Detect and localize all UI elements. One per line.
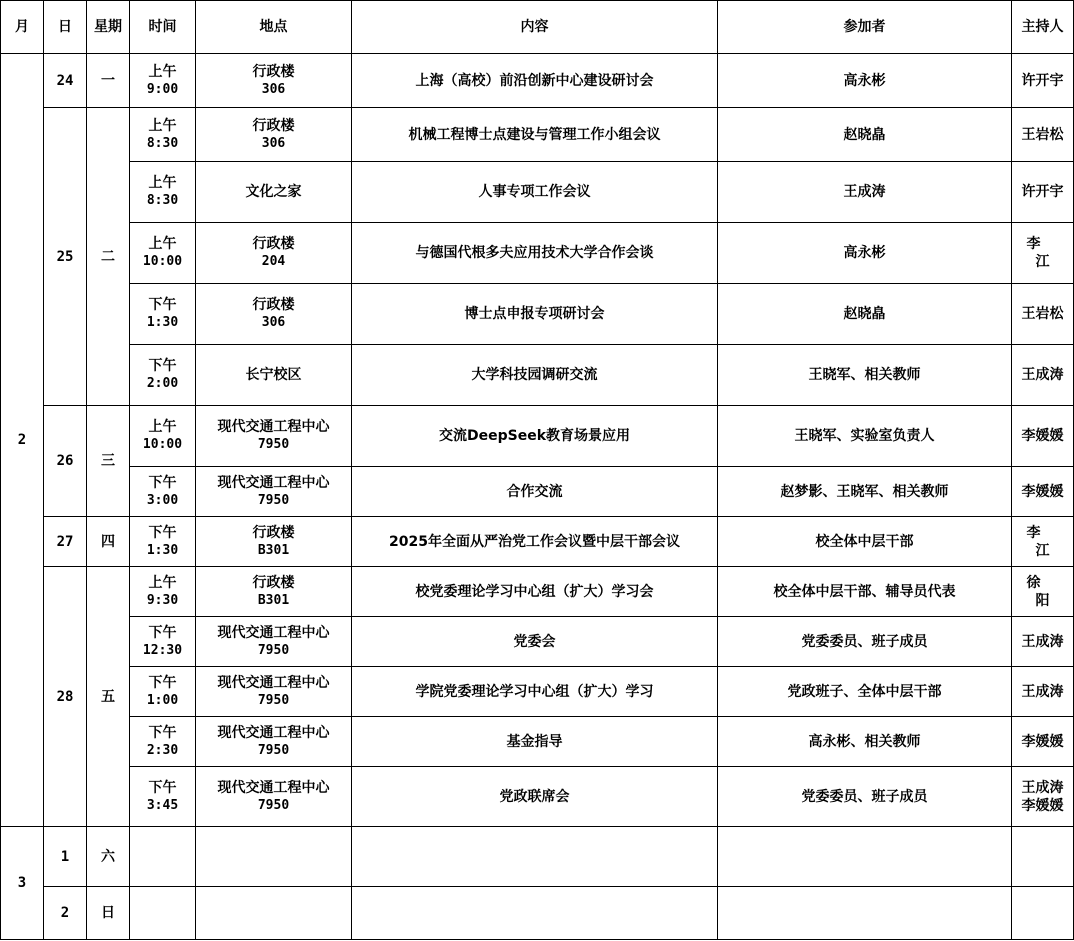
content-cell: 上海（高校）前沿创新中心建设研讨会 bbox=[352, 54, 718, 108]
host-cell: 王岩松 bbox=[1012, 108, 1074, 162]
host-cell: 王成涛 bbox=[1012, 667, 1074, 717]
time-cell: 上午10:00 bbox=[130, 223, 196, 284]
month-cell: 3 bbox=[1, 827, 44, 940]
place-cell: 行政楼B301 bbox=[196, 517, 352, 567]
content-cell bbox=[352, 827, 718, 887]
place-cell: 长宁校区 bbox=[196, 345, 352, 406]
time-cell: 下午12:30 bbox=[130, 617, 196, 667]
host-cell: 李媛媛 bbox=[1012, 717, 1074, 767]
time-cell: 上午9:30 bbox=[130, 567, 196, 617]
participants-cell: 校全体中层干部、辅导员代表 bbox=[718, 567, 1012, 617]
table-row: 下午1:00 现代交通工程中心7950 学院党委理论学习中心组（扩大）学习 党政… bbox=[1, 667, 1074, 717]
content-cell: 大学科技园调研交流 bbox=[352, 345, 718, 406]
table-row: 26 三 上午10:00 现代交通工程中心7950 交流DeepSeek教育场景… bbox=[1, 406, 1074, 467]
header-row: 月 日 星期 时间 地点 内容 参加者 主持人 bbox=[1, 1, 1074, 54]
host-cell: 王岩松 bbox=[1012, 284, 1074, 345]
place-cell: 行政楼306 bbox=[196, 284, 352, 345]
header-day: 日 bbox=[44, 1, 87, 54]
content-cell: 交流DeepSeek教育场景应用 bbox=[352, 406, 718, 467]
table-row: 3 1 六 bbox=[1, 827, 1074, 887]
participants-cell: 校全体中层干部 bbox=[718, 517, 1012, 567]
content-cell: 党政联席会 bbox=[352, 767, 718, 827]
place-cell: 现代交通工程中心7950 bbox=[196, 617, 352, 667]
table-row: 下午3:00 现代交通工程中心7950 合作交流 赵梦影、王晓军、相关教师 李媛… bbox=[1, 467, 1074, 517]
place-cell: 行政楼306 bbox=[196, 54, 352, 108]
participants-cell: 党委委员、班子成员 bbox=[718, 767, 1012, 827]
day-cell: 25 bbox=[44, 108, 87, 406]
time-cell bbox=[130, 887, 196, 940]
participants-cell: 党政班子、全体中层干部 bbox=[718, 667, 1012, 717]
table-row: 下午2:00 长宁校区 大学科技园调研交流 王晓军、相关教师 王成涛 bbox=[1, 345, 1074, 406]
table-row: 下午12:30 现代交通工程中心7950 党委会 党委委员、班子成员 王成涛 bbox=[1, 617, 1074, 667]
weekday-cell: 三 bbox=[87, 406, 130, 517]
time-cell: 下午2:30 bbox=[130, 717, 196, 767]
header-participants: 参加者 bbox=[718, 1, 1012, 54]
host-cell: 许开宇 bbox=[1012, 54, 1074, 108]
day-cell: 26 bbox=[44, 406, 87, 517]
host-cell bbox=[1012, 827, 1074, 887]
host-cell: 王成涛 bbox=[1012, 617, 1074, 667]
host-cell: 许开宇 bbox=[1012, 162, 1074, 223]
host-cell: 李媛媛 bbox=[1012, 406, 1074, 467]
place-cell: 行政楼B301 bbox=[196, 567, 352, 617]
header-content: 内容 bbox=[352, 1, 718, 54]
day-cell: 28 bbox=[44, 567, 87, 827]
time-cell: 上午9:00 bbox=[130, 54, 196, 108]
participants-cell: 赵梦影、王晓军、相关教师 bbox=[718, 467, 1012, 517]
participants-cell: 高永彬 bbox=[718, 223, 1012, 284]
time-cell: 下午2:00 bbox=[130, 345, 196, 406]
table-row: 上午8:30 文化之家 人事专项工作会议 王成涛 许开宇 bbox=[1, 162, 1074, 223]
place-cell bbox=[196, 827, 352, 887]
participants-cell bbox=[718, 827, 1012, 887]
header-weekday: 星期 bbox=[87, 1, 130, 54]
time-cell: 下午1:00 bbox=[130, 667, 196, 717]
day-cell: 24 bbox=[44, 54, 87, 108]
host-cell: 徐 阳 bbox=[1012, 567, 1074, 617]
table-row: 25 二 上午8:30 行政楼306 机械工程博士点建设与管理工作小组会议 赵晓… bbox=[1, 108, 1074, 162]
time-cell: 上午8:30 bbox=[130, 108, 196, 162]
place-cell: 现代交通工程中心7950 bbox=[196, 667, 352, 717]
content-cell: 合作交流 bbox=[352, 467, 718, 517]
participants-cell: 赵晓皛 bbox=[718, 108, 1012, 162]
time-cell: 下午3:45 bbox=[130, 767, 196, 827]
participants-cell: 王晓军、实验室负责人 bbox=[718, 406, 1012, 467]
participants-cell: 党委委员、班子成员 bbox=[718, 617, 1012, 667]
place-cell: 行政楼306 bbox=[196, 108, 352, 162]
content-cell: 与德国代根多夫应用技术大学合作会谈 bbox=[352, 223, 718, 284]
participants-cell bbox=[718, 887, 1012, 940]
content-cell bbox=[352, 887, 718, 940]
table-row: 2 日 bbox=[1, 887, 1074, 940]
host-cell: 王成涛李媛媛 bbox=[1012, 767, 1074, 827]
participants-cell: 王晓军、相关教师 bbox=[718, 345, 1012, 406]
place-cell: 现代交通工程中心7950 bbox=[196, 467, 352, 517]
host-cell: 李媛媛 bbox=[1012, 467, 1074, 517]
table-row: 27 四 下午1:30 行政楼B301 2025年全面从严治党工作会议暨中层干部… bbox=[1, 517, 1074, 567]
place-cell: 现代交通工程中心7950 bbox=[196, 406, 352, 467]
weekday-cell: 二 bbox=[87, 108, 130, 406]
header-place: 地点 bbox=[196, 1, 352, 54]
place-cell bbox=[196, 887, 352, 940]
table-row: 28 五 上午9:30 行政楼B301 校党委理论学习中心组（扩大）学习会 校全… bbox=[1, 567, 1074, 617]
participants-cell: 王成涛 bbox=[718, 162, 1012, 223]
table-row: 上午10:00 行政楼204 与德国代根多夫应用技术大学合作会谈 高永彬 李 江 bbox=[1, 223, 1074, 284]
participants-cell: 高永彬、相关教师 bbox=[718, 717, 1012, 767]
header-host: 主持人 bbox=[1012, 1, 1074, 54]
content-cell: 学院党委理论学习中心组（扩大）学习 bbox=[352, 667, 718, 717]
place-cell: 现代交通工程中心7950 bbox=[196, 717, 352, 767]
host-cell: 李 江 bbox=[1012, 223, 1074, 284]
content-cell: 校党委理论学习中心组（扩大）学习会 bbox=[352, 567, 718, 617]
place-cell: 行政楼204 bbox=[196, 223, 352, 284]
content-cell: 人事专项工作会议 bbox=[352, 162, 718, 223]
header-time: 时间 bbox=[130, 1, 196, 54]
participants-cell: 高永彬 bbox=[718, 54, 1012, 108]
participants-cell: 赵晓皛 bbox=[718, 284, 1012, 345]
time-cell: 上午10:00 bbox=[130, 406, 196, 467]
content-cell: 博士点申报专项研讨会 bbox=[352, 284, 718, 345]
place-cell: 文化之家 bbox=[196, 162, 352, 223]
time-cell bbox=[130, 827, 196, 887]
day-cell: 27 bbox=[44, 517, 87, 567]
content-cell: 基金指导 bbox=[352, 717, 718, 767]
place-cell: 现代交通工程中心7950 bbox=[196, 767, 352, 827]
host-cell: 李 江 bbox=[1012, 517, 1074, 567]
host-cell: 王成涛 bbox=[1012, 345, 1074, 406]
month-cell: 2 bbox=[1, 54, 44, 827]
weekday-cell: 一 bbox=[87, 54, 130, 108]
header-month: 月 bbox=[1, 1, 44, 54]
schedule-table: 月 日 星期 时间 地点 内容 参加者 主持人 2 24 一 上午9:00 行政… bbox=[0, 0, 1074, 940]
content-cell: 党委会 bbox=[352, 617, 718, 667]
content-cell: 机械工程博士点建设与管理工作小组会议 bbox=[352, 108, 718, 162]
table-row: 2 24 一 上午9:00 行政楼306 上海（高校）前沿创新中心建设研讨会 高… bbox=[1, 54, 1074, 108]
weekday-cell: 日 bbox=[87, 887, 130, 940]
time-cell: 上午8:30 bbox=[130, 162, 196, 223]
table-row: 下午3:45 现代交通工程中心7950 党政联席会 党委委员、班子成员 王成涛李… bbox=[1, 767, 1074, 827]
day-cell: 1 bbox=[44, 827, 87, 887]
table-row: 下午1:30 行政楼306 博士点申报专项研讨会 赵晓皛 王岩松 bbox=[1, 284, 1074, 345]
content-cell: 2025年全面从严治党工作会议暨中层干部会议 bbox=[352, 517, 718, 567]
weekday-cell: 四 bbox=[87, 517, 130, 567]
weekday-cell: 六 bbox=[87, 827, 130, 887]
time-cell: 下午3:00 bbox=[130, 467, 196, 517]
table-row: 下午2:30 现代交通工程中心7950 基金指导 高永彬、相关教师 李媛媛 bbox=[1, 717, 1074, 767]
weekday-cell: 五 bbox=[87, 567, 130, 827]
time-cell: 下午1:30 bbox=[130, 517, 196, 567]
day-cell: 2 bbox=[44, 887, 87, 940]
time-cell: 下午1:30 bbox=[130, 284, 196, 345]
host-cell bbox=[1012, 887, 1074, 940]
